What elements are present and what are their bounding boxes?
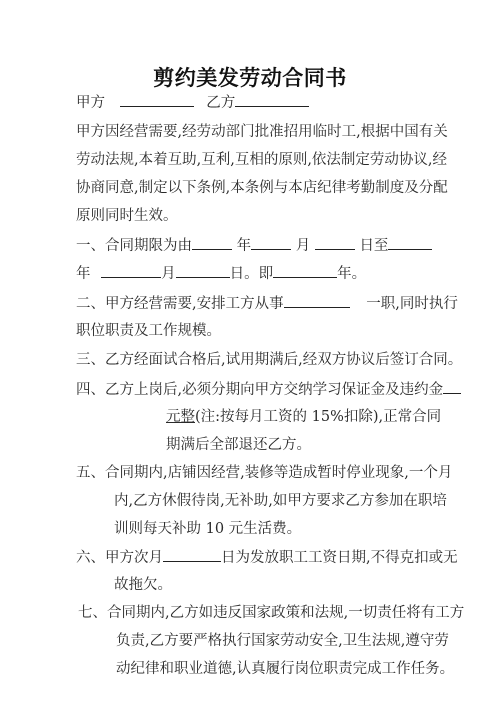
- payday-blank[interactable]: [163, 547, 221, 562]
- clause-1-line-2: 年 月日。即年。: [76, 263, 366, 284]
- position-blank[interactable]: [284, 293, 350, 308]
- clause-5-line-1: 五、合同期内,店铺因经营,装修等造成暂时停业现象,一个月: [76, 463, 452, 483]
- clause-4-line-3: 期满后全部退还乙方。: [166, 435, 311, 455]
- yuan-underlined: 元整: [166, 409, 195, 425]
- clause-2-line-1: 二、甲方经营需要,安排工方从事 一职,同时执行: [76, 293, 458, 314]
- clause-7-line-3: 动纪律和职业道德,认真履行岗位职责完成工作任务。: [116, 659, 454, 679]
- party-b-blank[interactable]: [235, 92, 309, 107]
- document-title: 剪约美发劳动合同书: [0, 62, 500, 92]
- start-month-blank[interactable]: [251, 235, 291, 250]
- party-a-blank[interactable]: [120, 92, 194, 107]
- clause-6-suffix: 日为发放职工工资日期,不得克扣或无: [221, 550, 458, 566]
- preamble-line-3: 协商同意,制定以下条例,本条例与本店纪律考勤制度及分配: [76, 178, 448, 198]
- end-day-blank[interactable]: [176, 263, 230, 278]
- clause-1-prefix: 一、合同期限为由: [76, 238, 192, 254]
- clause-1-line-1: 一、合同期限为由 年 月 日至: [76, 235, 432, 256]
- party-a-label: 甲方: [76, 95, 105, 111]
- parties-line: 甲方 乙方: [76, 92, 309, 113]
- year-label: 年: [237, 238, 252, 254]
- years-label: 年。: [337, 266, 366, 282]
- start-year-blank[interactable]: [192, 235, 232, 250]
- year-label: 年: [76, 266, 91, 282]
- clause-2-prefix: 二、甲方经营需要,安排工方从事: [76, 296, 284, 312]
- clause-5-line-3: 训则每天补助 10 元生活费。: [114, 519, 301, 539]
- clause-5-line-2: 内,乙方休假待岗,无补助,如甲方要求乙方参加在职培: [114, 491, 447, 511]
- clause-3: 三、乙方经面试合格后,试用期满后,经双方协议后签订合同。: [76, 350, 462, 370]
- duration-years-blank[interactable]: [273, 263, 337, 278]
- clause-7-line-1: 七、合同期内,乙方如违反国家政策和法规,一切责任将有工方: [78, 603, 464, 623]
- clause-4-note: (注:按每月工资的 15%扣除),正常合同: [195, 409, 441, 425]
- preamble-line-4: 原则同时生效。: [76, 206, 178, 226]
- month-label: 月: [296, 238, 311, 254]
- month-label: 月: [161, 266, 176, 282]
- preamble-line-1: 甲方因经营需要,经劳动部门批准招用临时工,根据中国有关: [76, 122, 448, 142]
- clause-7-line-2: 负责,乙方要严格执行国家劳动安全,卫生法规,遵守劳: [116, 631, 449, 651]
- clause-6-prefix: 六、甲方次月: [76, 550, 163, 566]
- end-month-blank[interactable]: [101, 263, 161, 278]
- end-year-blank[interactable]: [388, 235, 432, 250]
- clause-2-line-2: 职位职责及工作规模。: [76, 321, 221, 341]
- party-b-label: 乙方: [206, 95, 235, 111]
- clause-4-line-1: 四、乙方上岗后,必须分期向甲方交纳学习保证金及违约金: [76, 379, 461, 400]
- preamble-line-2: 劳动法规,本着互助,互利,互相的原则,依法制定劳动协议,经: [76, 150, 447, 170]
- clause-4-line-2: 元整(注:按每月工资的 15%扣除),正常合同: [166, 407, 441, 427]
- contract-page: 剪约美发劳动合同书 甲方 乙方 甲方因经营需要,经劳动部门批准招用临时工,根据中…: [0, 0, 500, 708]
- clause-2-suffix: 一职,同时执行: [366, 296, 458, 312]
- start-day-blank[interactable]: [315, 235, 355, 250]
- day-ie-label: 日。即: [230, 266, 274, 282]
- clause-6-line-2: 故拖欠。: [114, 575, 172, 595]
- day-to-label: 日至: [359, 238, 388, 254]
- clause-6-line-1: 六、甲方次月日为发放职工工资日期,不得克扣或无: [76, 547, 458, 568]
- deposit-amount-blank[interactable]: [443, 379, 461, 394]
- clause-4-text: 四、乙方上岗后,必须分期向甲方交纳学习保证金及违约金: [76, 382, 443, 398]
